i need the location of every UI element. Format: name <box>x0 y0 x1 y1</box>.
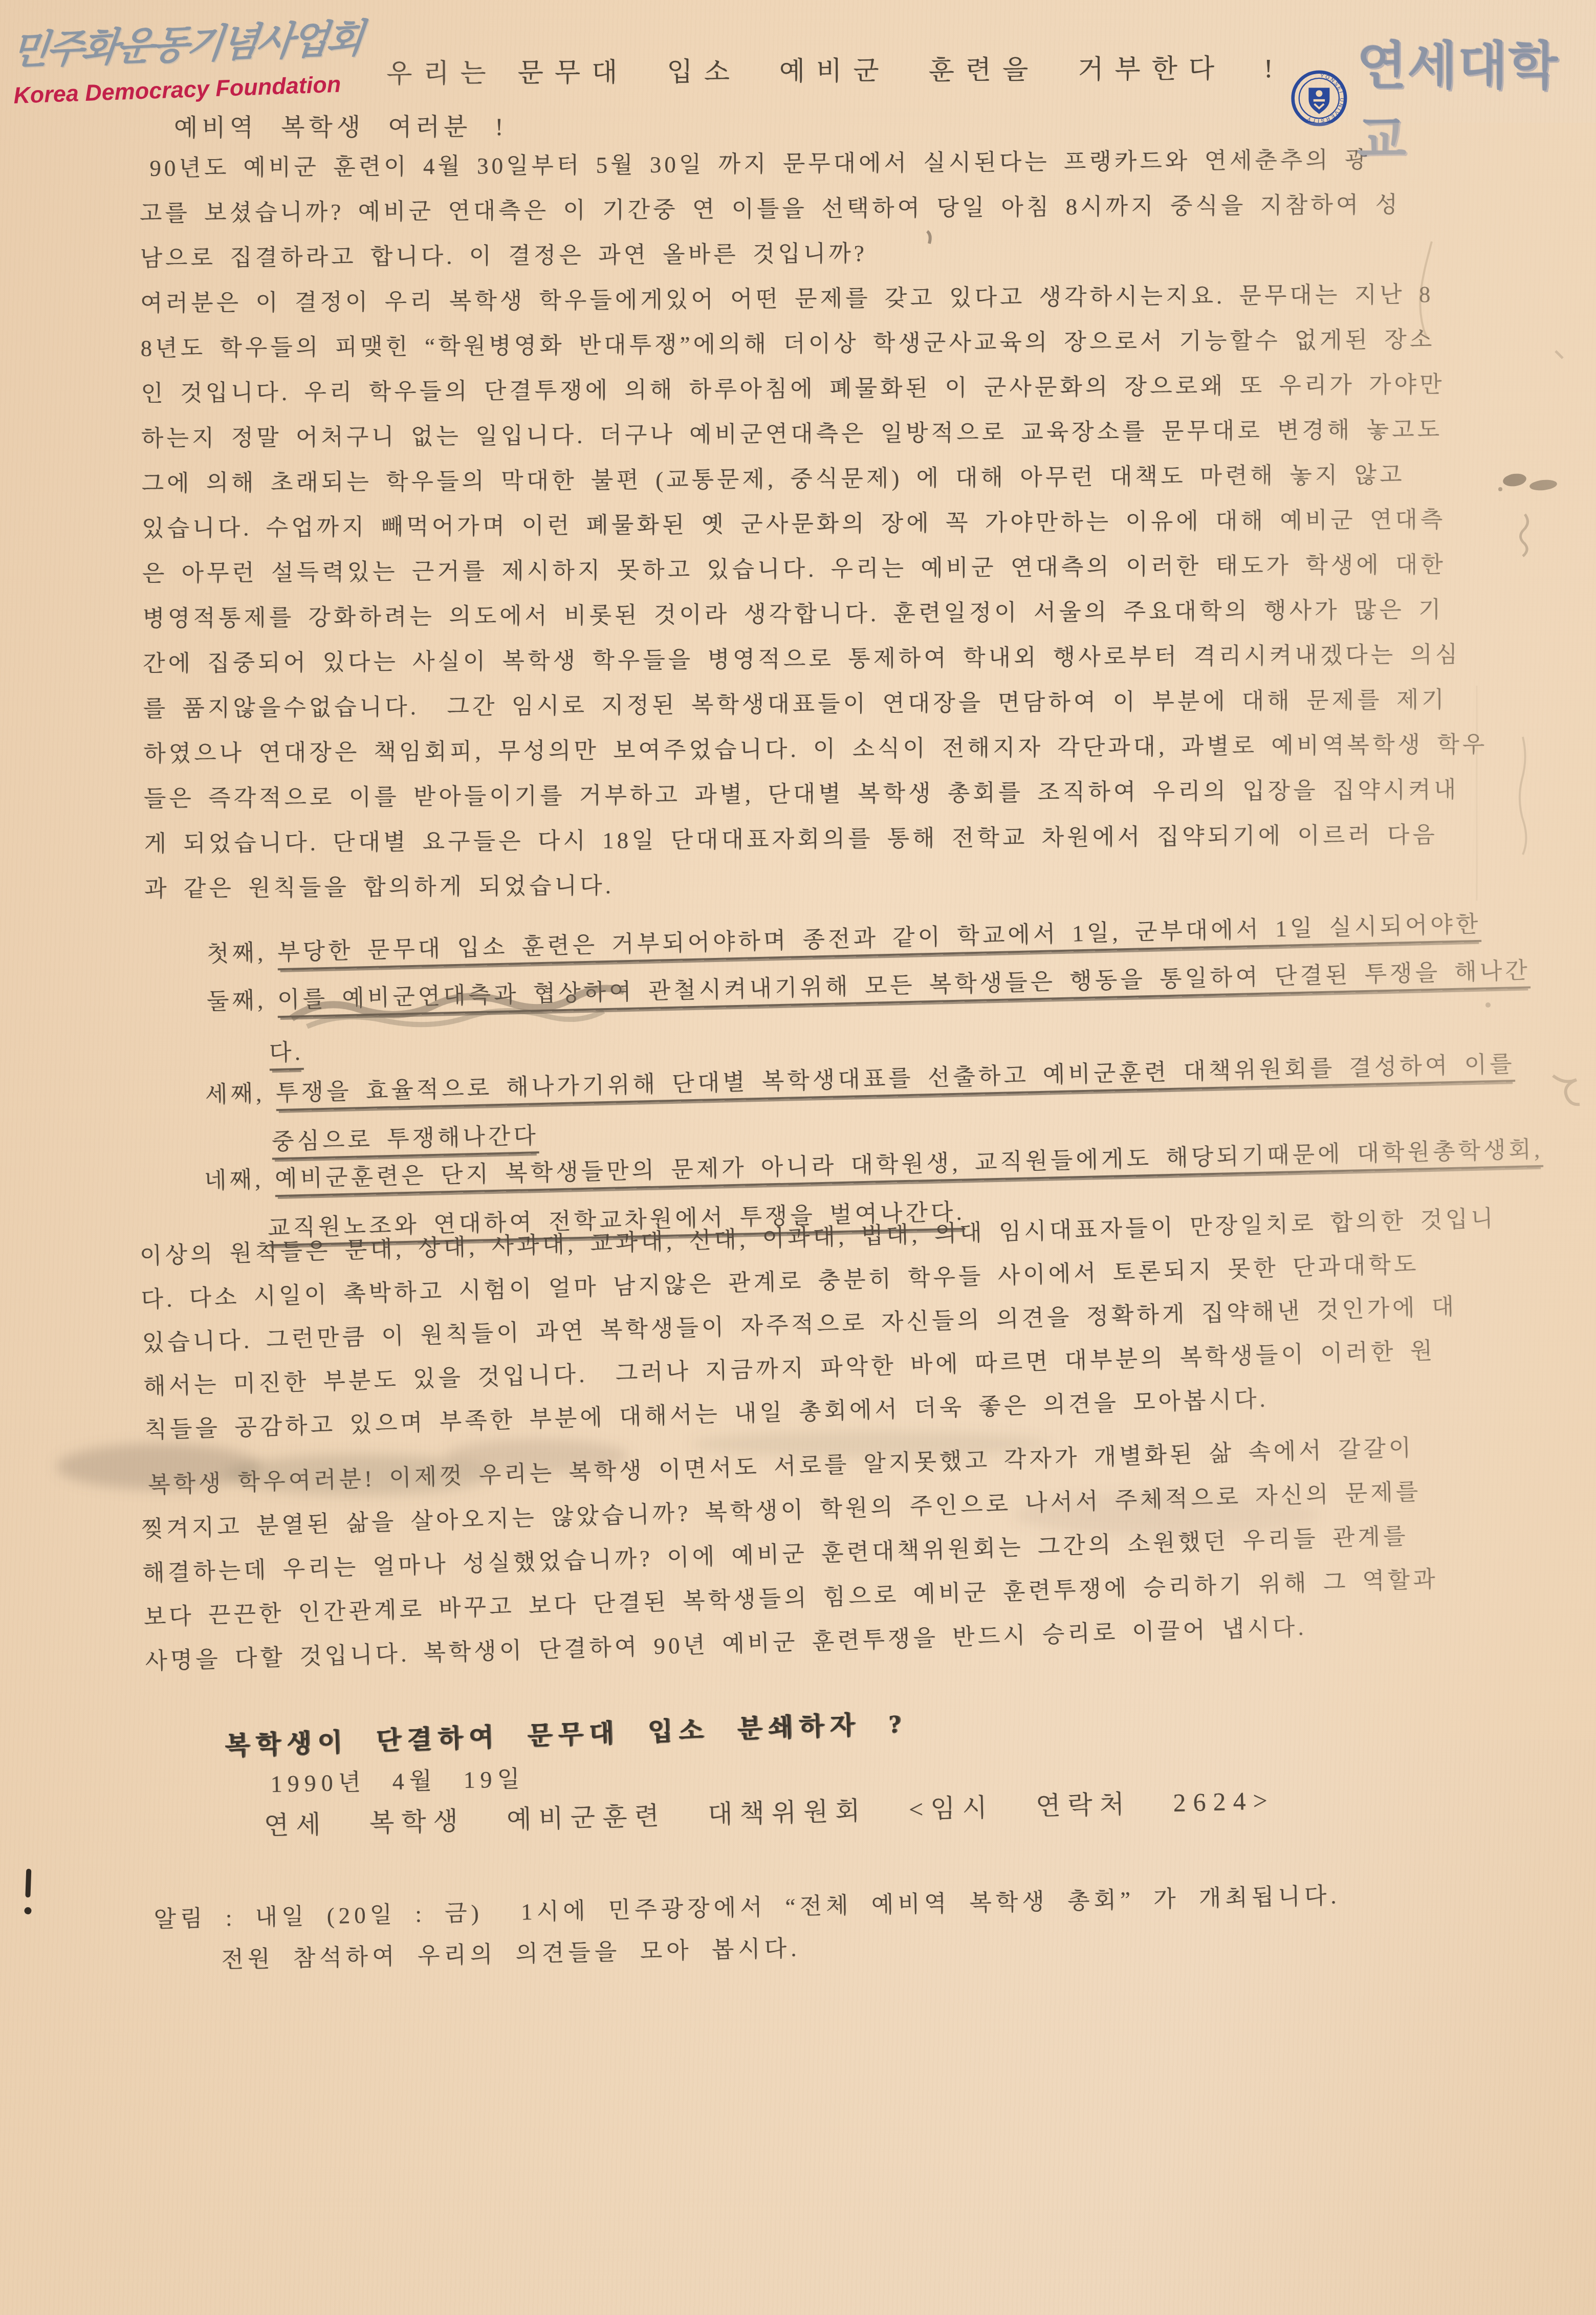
body-text-block: 90년도 예비군 훈련이 4월 30일부터 5월 30일 까지 문무대에서 실시… <box>139 137 1489 911</box>
margin-scribble-mark <box>1553 1076 1580 1104</box>
yonsei-logo-text: 연세대학교 <box>1357 25 1596 172</box>
greeting-line: 예비역 복학생 여러분 ! <box>174 107 508 143</box>
body-line: 게 되었습니다. 단대별 요구들은 다시 18일 단대대표자회의를 통해 전학교… <box>144 812 1489 866</box>
principle-text: 이를 예비군연대측과 협상하여 관철시켜내기위해 모든 복학생들은 행동을 통일… <box>277 957 1531 1018</box>
closing-slogan: 복학생이 단결하여 문무대 입소 분쇄하자 ? <box>224 1703 908 1762</box>
ink-blot-marks <box>1498 472 1558 492</box>
body-line: 고를 보셨습니까? 예비군 연대측은 이 기간중 연 이틀을 선택하여 당일 아… <box>140 182 1484 236</box>
margin-tick-mark <box>1556 351 1563 358</box>
scanned-flyer-page: 민주화운동기념사업회 Korea Democracy Foundation 우리… <box>0 0 1596 2315</box>
margin-squiggle-mark <box>1520 514 1527 556</box>
notice-line-2: 전원 참석하여 우리의 의견들을 모아 봅시다. <box>221 1929 801 1974</box>
yonsei-seal-icon: YONSEI UNIVERSITY <box>1291 68 1348 128</box>
notice-line-1: 알림 : 내일 (20일 : 금) 1시에 민주광장에서 “전체 예비역 복학생… <box>154 1876 1341 1934</box>
kdf-watermark: 민주화운동기념사업회 Korea Democracy Foundation <box>11 7 364 109</box>
body-paragraph-agreement: 이상의 원칙들은 문대, 상대, 사과대, 교과대, 신대, 이과대, 법대, … <box>139 1197 1502 1452</box>
kdf-watermark-korean: 민주화운동기념사업회 <box>9 7 364 75</box>
date-line: 1990년 4월 19일 <box>270 1760 526 1799</box>
handwritten-exclamation-mark <box>24 1869 33 1914</box>
yonsei-logo: YONSEI UNIVERSITY 연세대학교 <box>1291 25 1596 172</box>
title-obscured-prefix: 우리는 <box>386 59 497 89</box>
title-text: 문무대 입소 예비군 훈련을 거부한다 ! <box>518 54 1284 88</box>
flyer-title: 우리는문무대 입소 예비군 훈련을 거부한다 ! <box>232 16 1284 122</box>
body-paragraph-appeal: 복학생 학우여러분! 이제껏 우리는 복학생 이면서도 서로를 알지못했고 각자… <box>139 1425 1440 1684</box>
margin-crease-mark <box>1520 737 1526 855</box>
